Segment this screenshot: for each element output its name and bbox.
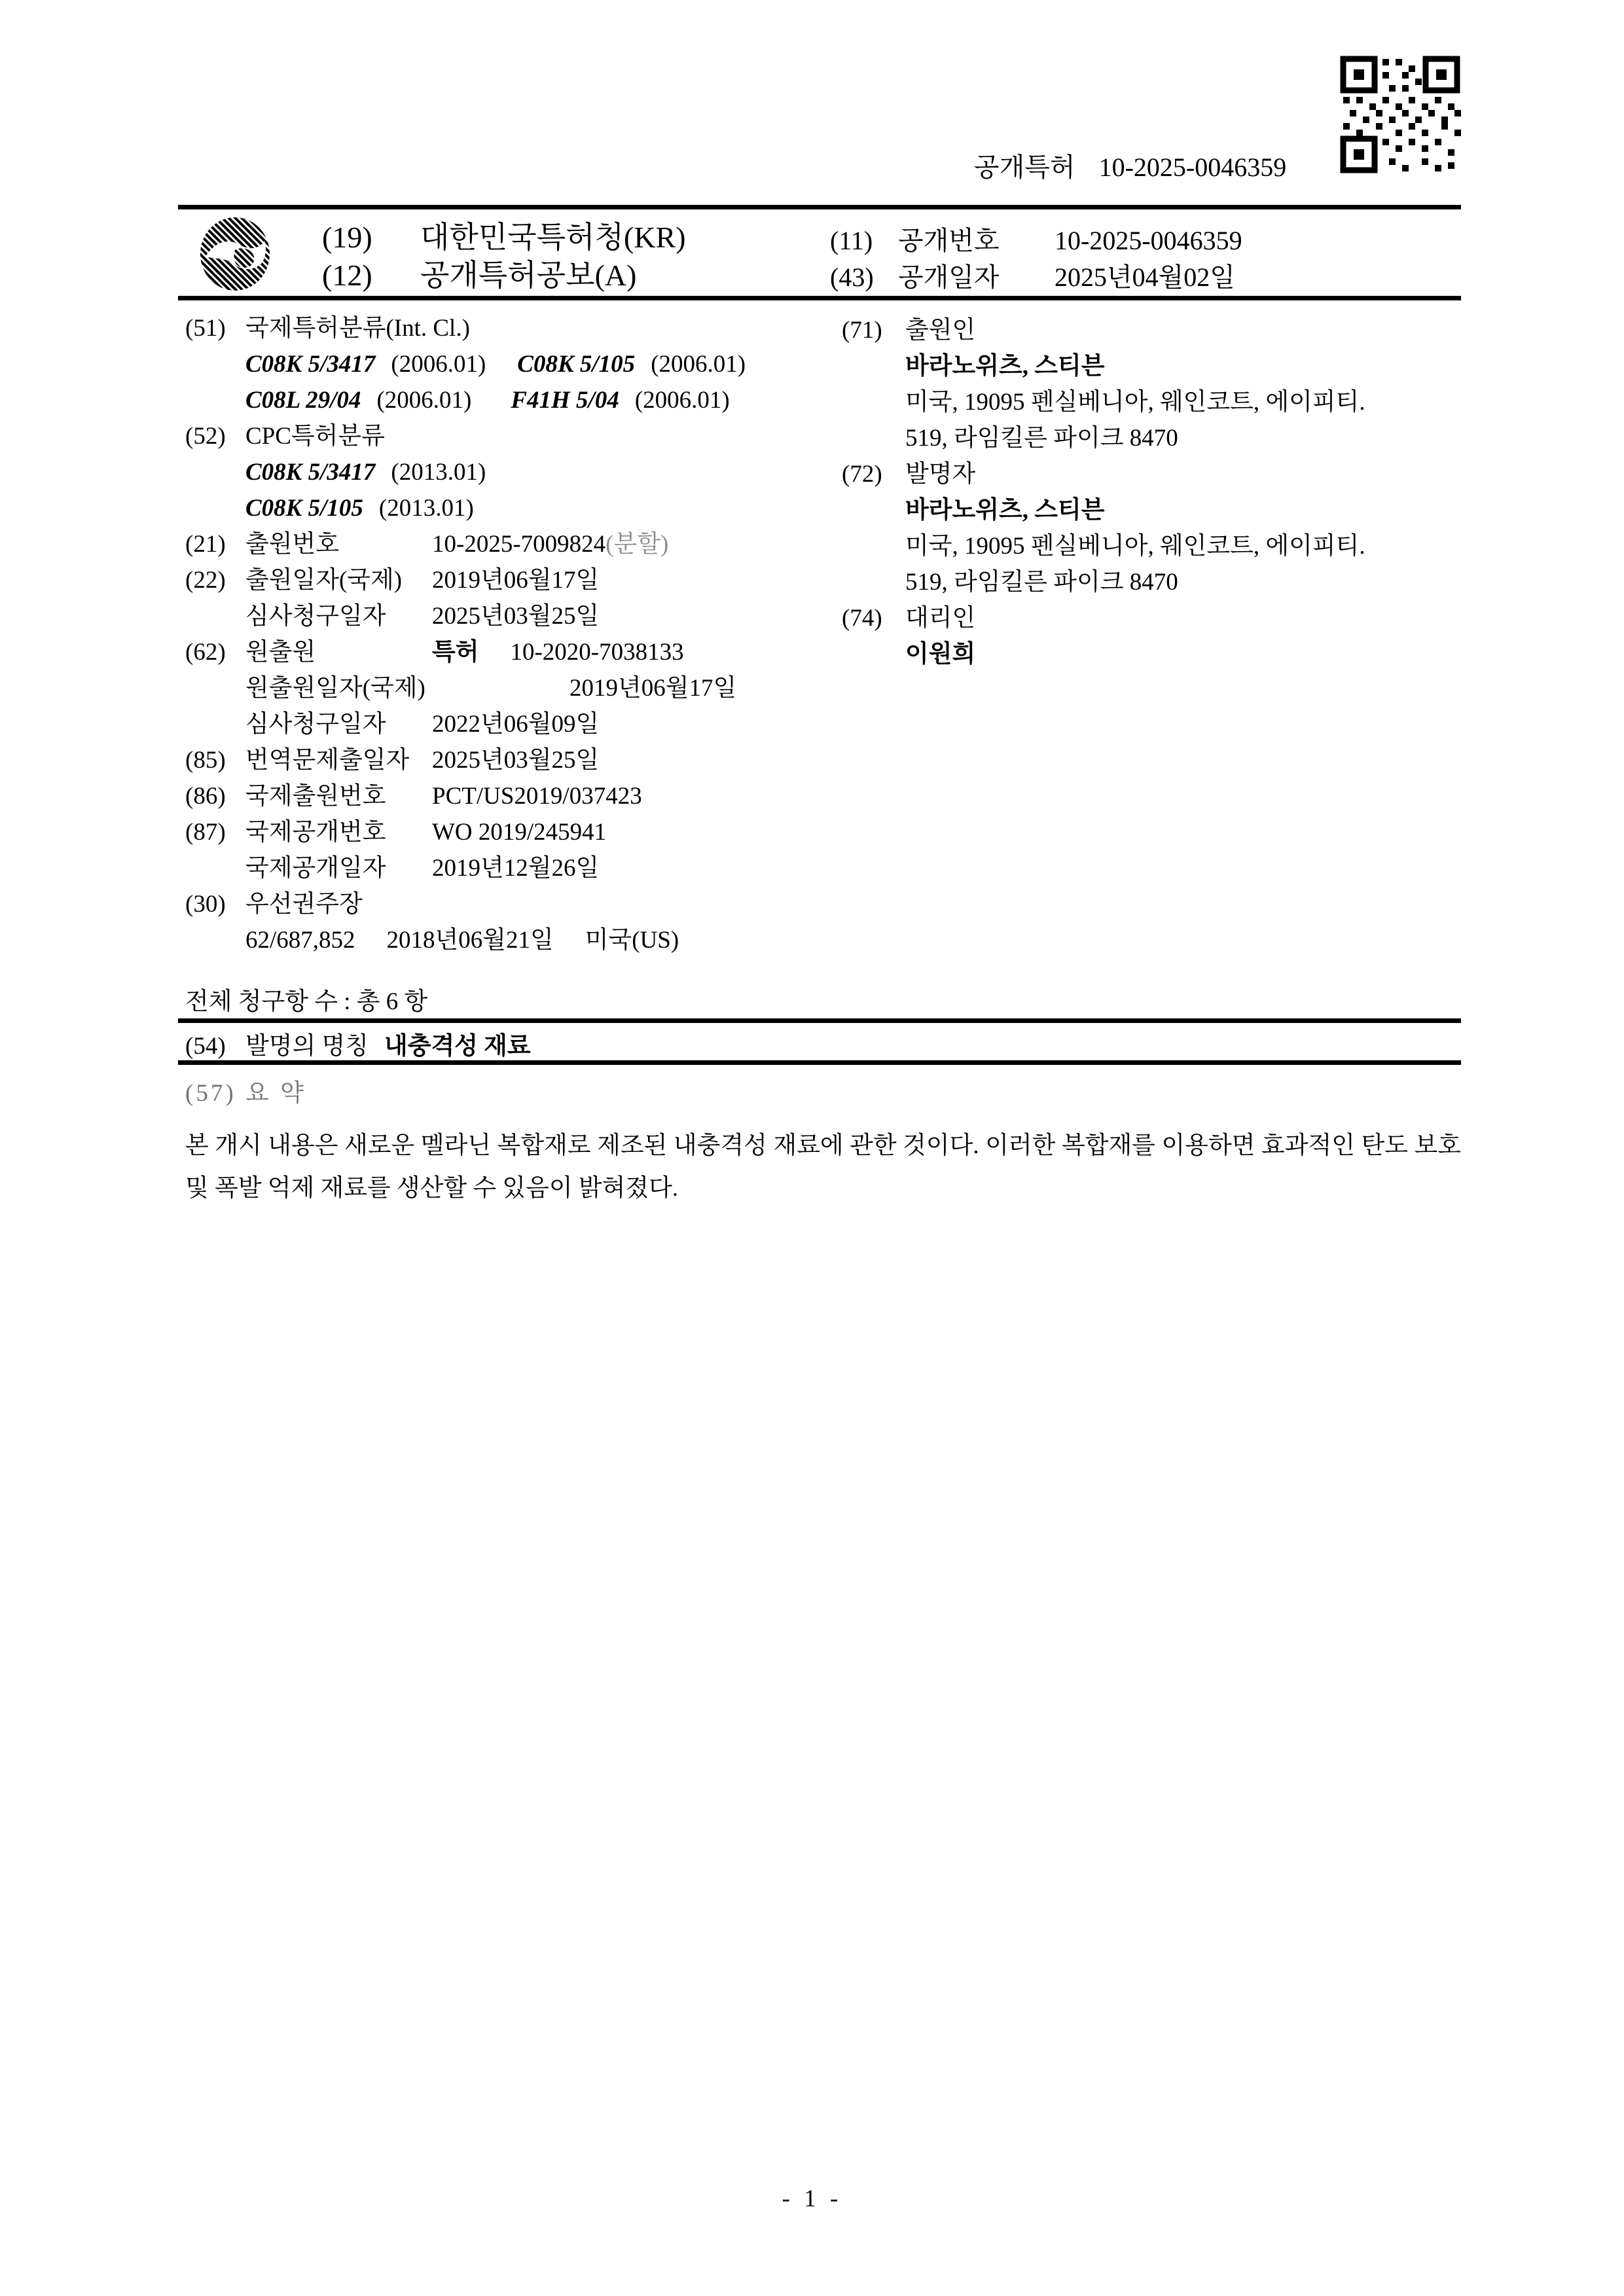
priority-date: 2018년06월21일 [387,927,554,954]
bib-row-translation-date: (85)번역문제출일자2025년03월25일 [185,742,840,778]
abstract-code: (57) [185,1075,245,1111]
bib-row-intl-publication-date: 국제공개일자2019년12월26일 [185,850,840,886]
pub-date-code: (43) [830,259,898,295]
qr-code-icon [1338,54,1462,175]
cpc-label: CPC특허분류 [245,423,385,450]
pub-no-line: (11)공개번호10-2025-0046359 [830,223,1242,259]
priority-number: 62/687,852 [245,927,355,954]
priority-country: 미국(US) [585,927,679,954]
invention-title: 내충격성 재료 [384,1033,531,1060]
cpc-row: C08K 5/3417(2013.01) [185,454,840,490]
bib-row-intl-application-number: (86)국제출원번호PCT/US2019/037423 [185,778,840,814]
total-claims-line: 전체 청구항 수 : 총 6 항 [185,984,427,1020]
parties-right-column: (71)출원인 바라노위츠, 스티븐 미국, 19095 펜실베니아, 웨인코트… [842,312,1464,672]
title-bottom-rule [178,1060,1461,1065]
doc-number-line: 공개특허10-2025-0046359 [974,147,1286,184]
header-office-line: (19)대한민국특허청(KR) [322,219,686,257]
agent-header-row: (74)대리인 [842,600,1464,636]
applicant-address-line1: 미국, 19095 펜실베니아, 웨인코트, 에이피티. [842,384,1464,420]
kipo-taegeuk-logo-icon [199,216,271,292]
cpc-header-row: (52)CPC특허분류 [185,418,840,454]
applicant-name: 바라노위츠, 스티븐 [842,348,1464,384]
invention-title-line: (54)발명의 명칭내충격성 재료 [185,1028,531,1064]
pub-date-line: (43)공개일자2025년04월02일 [830,259,1235,295]
abstract-header-line: (57)요 약 [185,1075,306,1111]
abstract-text: 본 개시 내용은 새로운 멜라닌 복합재로 제조된 내충격성 재료에 관한 것이… [185,1124,1461,1210]
bib-row-parent-exam-request-date: 심사청구일자2022년06월09일 [185,706,840,742]
ipc-label: 국제특허분류(Int. Cl.) [245,315,470,342]
pub-date-label: 공개일자 [898,259,1055,295]
pub-no-code: (11) [830,223,898,259]
office-name: 대한민국특허청(KR) [420,221,686,254]
bib-row-intl-publication-number: (87)국제공개번호WO 2019/245941 [185,814,840,850]
inventor-name: 바라노위츠, 스티븐 [842,492,1464,528]
agent-name: 이원희 [842,636,1464,672]
bibliographic-left-column: (51)국제특허분류(Int. Cl.) C08K 5/3417(2006.01… [185,310,840,958]
cpc-row: C08K 5/105(2013.01) [185,490,840,526]
applicant-header-row: (71)출원인 [842,312,1464,348]
abstract-label: 요 약 [245,1080,306,1107]
bib-row-parent-filing-date: 원출원일자(국제)2019년06월17일 [185,670,840,706]
office-code: (19) [322,219,420,257]
header-kind-line: (12)공개특허공보(A) [322,257,636,295]
header-bottom-rule [178,296,1461,300]
bib-row-parent-application: (62)원출원특허10-2020-7038133 [185,634,840,670]
cpc-code: (52) [185,418,245,454]
page-number: - 1 - [0,2185,1624,2213]
ipc-code: (51) [185,310,245,346]
kind-name: 공개특허공보(A) [420,259,636,292]
patent-publication-page: 공개특허10-2025-0046359 (19)대한민국특허청(KR) (12)… [0,0,1624,2296]
bib-row-application-number: (21)출원번호10-2025-7009824(분할) [185,526,840,562]
title-label: 발명의 명칭 [245,1033,369,1060]
ipc-row: C08K 5/3417(2006.01)C08K 5/105(2006.01) [185,346,840,382]
header-top-rule [178,205,1461,209]
title-code: (54) [185,1028,245,1064]
ipc-row: C08L 29/04(2006.01)F41H 5/04(2006.01) [185,382,840,418]
applicant-address-line2: 519, 라임킬른 파이크 8470 [842,420,1464,456]
inventor-header-row: (72)발명자 [842,456,1464,492]
priority-data-row: 62/687,8522018년06월21일미국(US) [185,922,840,958]
title-top-rule [178,1018,1461,1023]
ipc-header-row: (51)국제특허분류(Int. Cl.) [185,310,840,346]
pub-no-label: 공개번호 [898,223,1055,259]
pub-date-value: 2025년04월02일 [1055,262,1235,292]
bib-row-exam-request-date: 심사청구일자2025년03월25일 [185,598,840,634]
inventor-address-line1: 미국, 19095 펜실베니아, 웨인코트, 에이피티. [842,528,1464,564]
doc-number: 10-2025-0046359 [1099,152,1287,182]
division-mark: (분할) [605,531,668,558]
inventor-address-line2: 519, 라임킬른 파이크 8470 [842,564,1464,600]
bib-row-filing-date: (22)출원일자(국제)2019년06월17일 [185,562,840,598]
kind-code: (12) [322,257,420,295]
doc-type: 공개특허 [974,152,1075,182]
bib-row-priority-claim: (30)우선권주장 [185,886,840,922]
pub-no-value: 10-2025-0046359 [1055,226,1242,255]
